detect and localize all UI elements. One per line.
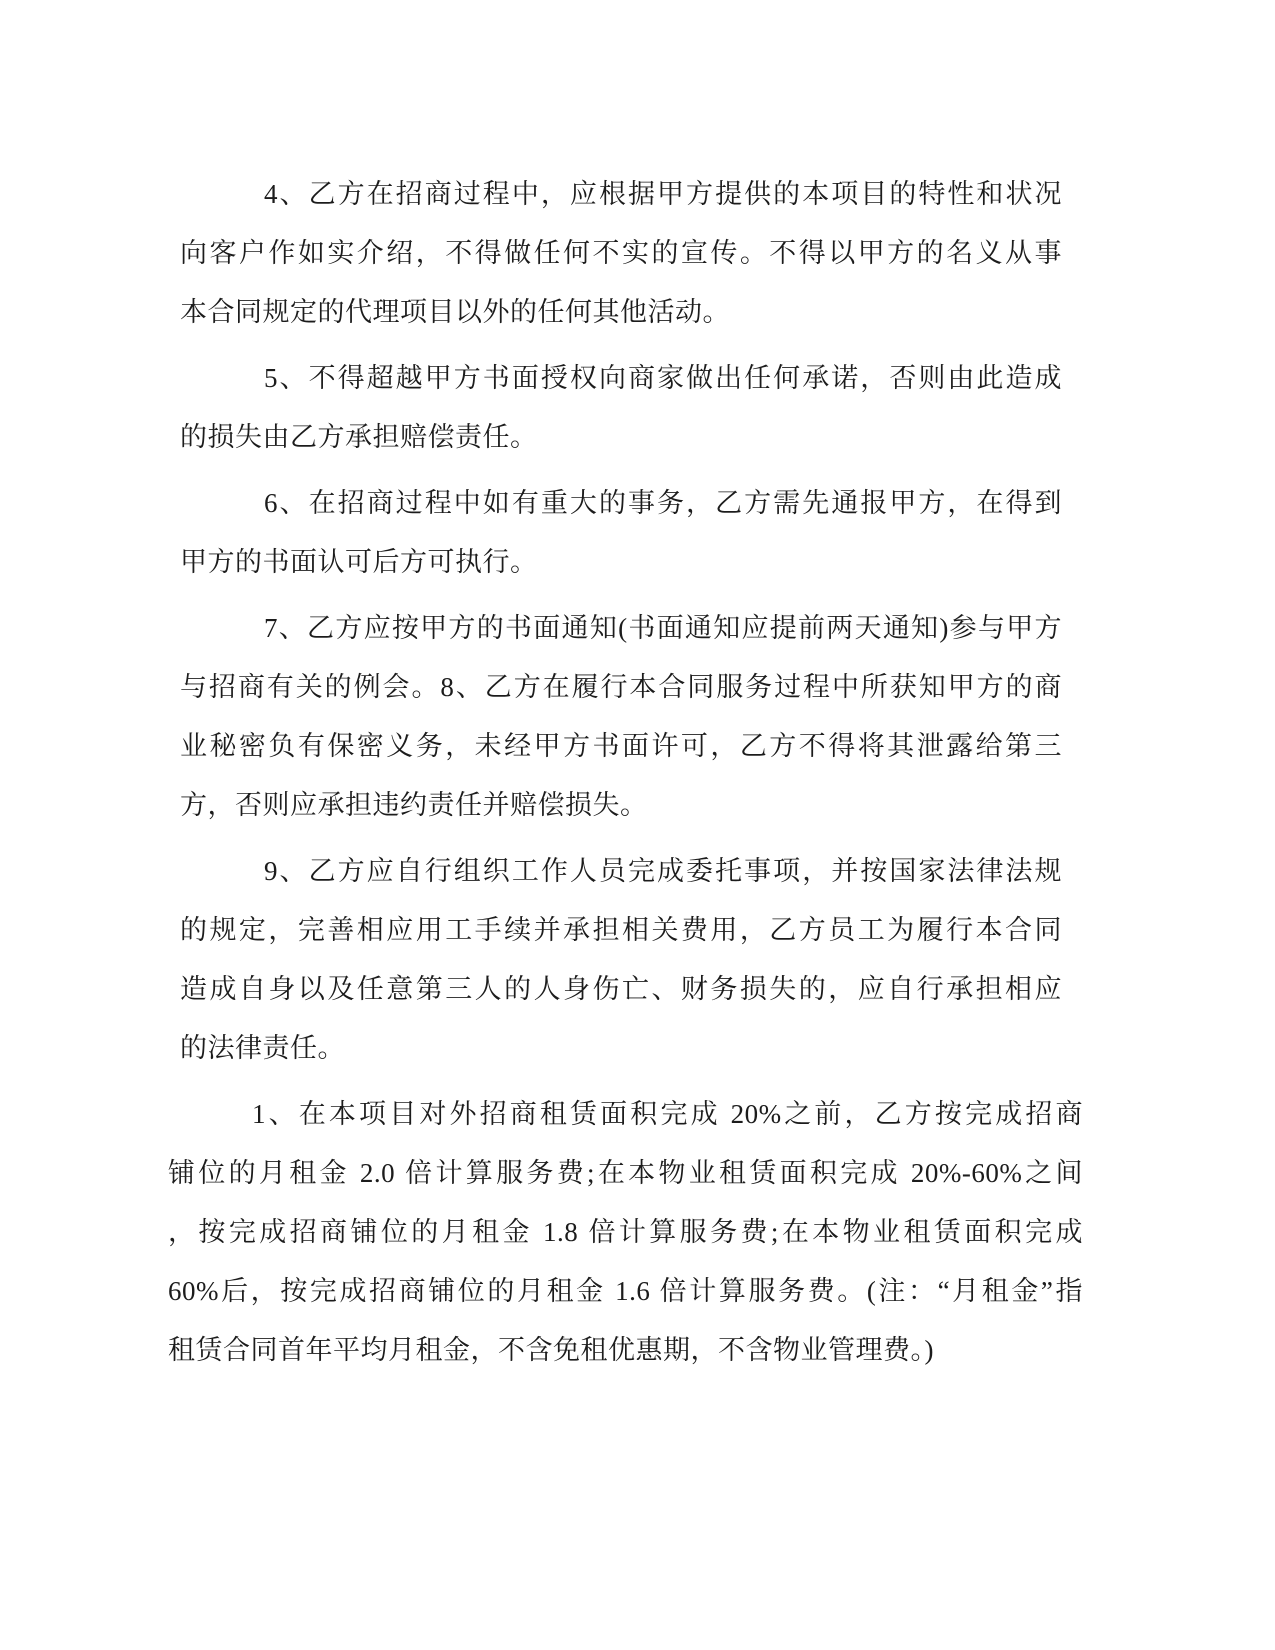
text-line: 9、乙方应自行组织工作人员完成委托事项，并按国家法律法规 (180, 842, 1062, 901)
text-line: 的规定，完善相应用工手续并承担相关费用，乙方员工为履行本合同 (180, 901, 1062, 960)
text-line: 的法律责任。 (180, 1019, 1062, 1078)
text-line: 1、在本项目对外招商租赁面积完成 20%之前，乙方按完成招商 (168, 1085, 1083, 1144)
text-line: 向客户作如实介绍，不得做任何不实的宣传。不得以甲方的名义从事 (180, 224, 1062, 283)
text-line: 60%后，按完成招商铺位的月租金 1.6 倍计算服务费。(注：“月租金”指 (168, 1262, 1083, 1321)
text-line: 甲方的书面认可后方可执行。 (180, 533, 1062, 592)
paragraph-clause-5: 5、不得超越甲方书面授权向商家做出任何承诺，否则由此造成 的损失由乙方承担赔偿责… (180, 349, 1062, 467)
text-line: 业秘密负有保密义务，未经甲方书面许可，乙方不得将其泄露给第三 (180, 717, 1062, 776)
text-line: 造成自身以及任意第三人的人身伤亡、财务损失的，应自行承担相应 (180, 960, 1062, 1019)
text-line: 4、乙方在招商过程中，应根据甲方提供的本项目的特性和状况 (180, 165, 1062, 224)
text-line: 租赁合同首年平均月租金，不含免租优惠期，不含物业管理费。) (168, 1321, 1083, 1380)
text-line: 本合同规定的代理项目以外的任何其他活动。 (180, 283, 1062, 342)
text-line: 与招商有关的例会。8、乙方在履行本合同服务过程中所获知甲方的商 (180, 658, 1062, 717)
paragraph-clause-7-8: 7、乙方应按甲方的书面通知(书面通知应提前两天通知)参与甲方 与招商有关的例会。… (180, 599, 1062, 835)
text-line: 方，否则应承担违约责任并赔偿损失。 (180, 776, 1062, 835)
text-line: 5、不得超越甲方书面授权向商家做出任何承诺，否则由此造成 (180, 349, 1062, 408)
paragraph-clause-6: 6、在招商过程中如有重大的事务，乙方需先通报甲方，在得到 甲方的书面认可后方可执… (180, 474, 1062, 592)
paragraph-clause-4: 4、乙方在招商过程中，应根据甲方提供的本项目的特性和状况 向客户作如实介绍，不得… (180, 165, 1062, 342)
text-line: 6、在招商过程中如有重大的事务，乙方需先通报甲方，在得到 (180, 474, 1062, 533)
text-line: 7、乙方应按甲方的书面通知(书面通知应提前两天通知)参与甲方 (180, 599, 1062, 658)
text-line: 铺位的月租金 2.0 倍计算服务费;在本物业租赁面积完成 20%-60%之间 (168, 1144, 1083, 1203)
document-page: 4、乙方在招商过程中，应根据甲方提供的本项目的特性和状况 向客户作如实介绍，不得… (0, 0, 1275, 1650)
paragraph-clause-9: 9、乙方应自行组织工作人员完成委托事项，并按国家法律法规 的规定，完善相应用工手… (180, 842, 1062, 1078)
paragraph-clause-1-service-fee: 1、在本项目对外招商租赁面积完成 20%之前，乙方按完成招商 铺位的月租金 2.… (168, 1085, 1083, 1380)
text-line: 的损失由乙方承担赔偿责任。 (180, 408, 1062, 467)
text-line: ，按完成招商铺位的月租金 1.8 倍计算服务费;在本物业租赁面积完成 (168, 1203, 1083, 1262)
